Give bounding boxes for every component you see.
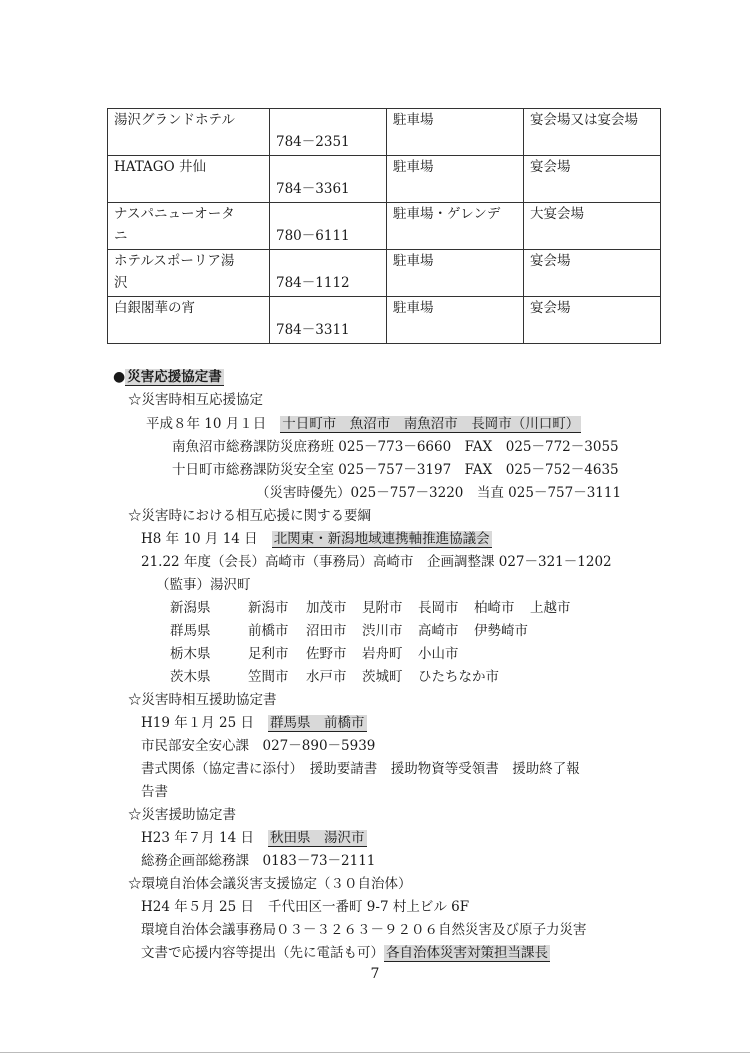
- table-row: 湯沢グランドホテル 784－2351 駐車場 宴会場又は宴会場: [108, 109, 661, 156]
- star-icon: ☆: [128, 508, 142, 524]
- member-city: 前橋市: [248, 621, 306, 641]
- member-city: 加茂市: [306, 598, 362, 618]
- scan-edge-rule: [0, 1052, 750, 1053]
- contact-line: （災害時優先）025－757－3220 当直 025－757－3111: [256, 483, 621, 503]
- venue-name: 白銀閣華の宵: [108, 297, 270, 344]
- agreement-date: H23 年７月 14 日: [141, 830, 254, 846]
- member-city: 岩舟町: [362, 644, 418, 664]
- page-number: 7: [0, 966, 750, 982]
- venue-name: ナスパニューオータニ: [108, 203, 270, 250]
- member-city: 茨城町: [362, 667, 418, 687]
- table-row: ナスパニューオータニ 780－6111 駐車場・ゲレンデ 大宴会場: [108, 203, 661, 250]
- agreement-title: ☆災害援助協定書: [128, 805, 236, 825]
- venue-facility: 駐車場: [387, 109, 524, 156]
- member-city: 佐野市: [306, 644, 362, 664]
- member-city: ひたちなか市: [418, 669, 499, 685]
- venue-hall: 宴会場: [524, 297, 661, 344]
- agreement-date-line: H19 年１月 25 日群馬県 前橋市: [141, 713, 367, 733]
- star-icon: ☆: [128, 807, 142, 823]
- venue-phone: 784－3311: [270, 297, 387, 344]
- agreement-date: 平成８年 10 月１日: [146, 416, 266, 432]
- venue-facility: 駐車場: [387, 250, 524, 297]
- agreement-parties: 十日町市 魚沼市 南魚沼市 長岡市（川口町）: [280, 416, 581, 433]
- star-icon: ☆: [128, 876, 142, 892]
- member-city: 渋川市: [362, 621, 418, 641]
- member-city: 小山市: [418, 646, 459, 662]
- agreement-title: ☆災害時相互援助協定書: [128, 690, 277, 710]
- member-row: 新潟県新潟市加茂市見附市長岡市柏崎市上越市: [170, 598, 571, 618]
- agreement-date-line: H24 年５月 25 日千代田区一番町 9-7 村上ビル 6F: [141, 897, 469, 917]
- agreement-title: ☆環境自治体会議災害支援協定（３０自治体）: [128, 874, 412, 894]
- agreement-title-text: 環境自治体会議災害支援協定（３０自治体）: [142, 876, 412, 892]
- agreement-date-line: H23 年７月 14 日秋田県 湯沢市: [141, 828, 367, 848]
- member-city: 高崎市: [418, 621, 474, 641]
- agreement-title: ☆災害時相互応援協定: [128, 390, 263, 410]
- agreement-date: H19 年１月 25 日: [141, 715, 254, 731]
- member-row: 栃木県足利市佐野市岩舟町小山市: [170, 644, 459, 664]
- table-row: HATAGO 井仙 784－3361 駐車場 宴会場: [108, 156, 661, 203]
- venue-phone: 784－1112: [270, 250, 387, 297]
- member-city: 上越市: [530, 600, 571, 616]
- member-row: 茨木県笠間市水戸市茨城町ひたちなか市: [170, 667, 499, 687]
- agreement-title: ☆災害時における相互応援に関する要綱: [128, 506, 371, 526]
- venue-name-line1: ホテルスポーリア湯: [114, 253, 234, 269]
- contact-line: 十日町市総務課防災安全室 025－757－3197 FAX 025－752－46…: [172, 460, 619, 480]
- member-city: 水戸市: [306, 667, 362, 687]
- table-row: 白銀閣華の宵 784－3311 駐車場 宴会場: [108, 297, 661, 344]
- venue-name-line2: 沢: [114, 275, 128, 291]
- venue-name-line1: ナスパニューオータ: [114, 206, 235, 222]
- venue-table: 湯沢グランドホテル 784－2351 駐車場 宴会場又は宴会場 HATAGO 井…: [107, 108, 661, 344]
- venue-hall: 宴会場: [524, 250, 661, 297]
- info-line: （監事）湯沢町: [156, 575, 251, 595]
- venue-facility: 駐車場: [387, 297, 524, 344]
- venue-phone: 780－6111: [270, 203, 387, 250]
- member-city: 伊勢崎市: [474, 623, 528, 639]
- agreement-title-text: 災害時における相互応援に関する要綱: [142, 508, 372, 524]
- venue-phone: 784－3361: [270, 156, 387, 203]
- member-pref: 新潟県: [170, 598, 248, 618]
- info-line: 文書で応援内容等提出（先に電話も可）各自治体災害対策担当課長: [141, 943, 550, 963]
- member-city: 沼田市: [306, 621, 362, 641]
- venue-name: HATAGO 井仙: [108, 156, 270, 203]
- info-line: 環境自治体会議事務局０３－３２６３－９２０６自然災害及び原子力災害: [141, 920, 587, 940]
- agreement-date: H24 年５月 25 日: [141, 899, 254, 915]
- section-title: 災害応援協定書: [125, 369, 224, 386]
- member-city: 足利市: [248, 644, 306, 664]
- venue-name-line2: ニ: [114, 228, 128, 244]
- member-pref: 群馬県: [170, 621, 248, 641]
- member-city: 見附市: [362, 598, 418, 618]
- agreement-contact-highlight: 各自治体災害対策担当課長: [384, 945, 550, 962]
- agreement-title-text: 災害時相互援助協定書: [142, 692, 277, 708]
- agreement-date-line: 平成８年 10 月１日十日町市 魚沼市 南魚沼市 長岡市（川口町）: [146, 414, 581, 434]
- venue-hall: 大宴会場: [524, 203, 661, 250]
- member-row: 群馬県前橋市沼田市渋川市高崎市伊勢崎市: [170, 621, 528, 641]
- venue-phone: 784－2351: [270, 109, 387, 156]
- member-pref: 栃木県: [170, 644, 248, 664]
- member-pref: 茨木県: [170, 667, 248, 687]
- info-line: 総務企画部総務課 0183－73－2111: [141, 851, 375, 871]
- member-city: 長岡市: [418, 598, 474, 618]
- section-heading: ●災害応援協定書: [113, 367, 224, 387]
- venue-hall: 宴会場又は宴会場: [524, 109, 661, 156]
- agreement-title-text: 災害時相互応援協定: [142, 392, 264, 408]
- star-icon: ☆: [128, 692, 142, 708]
- venue-name: ホテルスポーリア湯沢: [108, 250, 270, 297]
- venue-facility: 駐車場・ゲレンデ: [387, 203, 524, 250]
- member-city: 新潟市: [248, 598, 306, 618]
- agreement-parties: 秋田県 湯沢市: [268, 830, 367, 847]
- agreement-date: H8 年 10 月 14 日: [141, 531, 258, 547]
- agreement-date-line: H8 年 10 月 14 日北関東・新潟地域連携軸推進協議会: [141, 529, 492, 549]
- info-line: 告書: [141, 782, 168, 802]
- star-icon: ☆: [128, 392, 142, 408]
- contact-line: 南魚沼市総務課防災庶務班 025－773－6660 FAX 025－772－30…: [172, 437, 619, 457]
- agreement-address: 千代田区一番町 9-7 村上ビル 6F: [268, 899, 469, 915]
- info-line: 書式関係（協定書に添付） 援助要請書 援助物資等受領書 援助終了報: [141, 759, 580, 779]
- info-line: 21.22 年度（会長）高崎市（事務局）高崎市 企画調整課 027－321－12…: [141, 552, 612, 572]
- venue-facility: 駐車場: [387, 156, 524, 203]
- info-text: 文書で応援内容等提出（先に電話も可）: [141, 945, 384, 961]
- agreement-title-text: 災害援助協定書: [142, 807, 237, 823]
- agreement-parties: 北関東・新潟地域連携軸推進協議会: [272, 531, 492, 548]
- agreement-parties: 群馬県 前橋市: [268, 715, 367, 732]
- venue-name: 湯沢グランドホテル: [108, 109, 270, 156]
- bullet-icon: ●: [113, 369, 125, 385]
- member-city: 柏崎市: [474, 598, 530, 618]
- document-page: 湯沢グランドホテル 784－2351 駐車場 宴会場又は宴会場 HATAGO 井…: [0, 0, 750, 1060]
- member-city: 笠間市: [248, 667, 306, 687]
- info-line: 市民部安全安心課 027－890－5939: [141, 736, 375, 756]
- table-row: ホテルスポーリア湯沢 784－1112 駐車場 宴会場: [108, 250, 661, 297]
- venue-hall: 宴会場: [524, 156, 661, 203]
